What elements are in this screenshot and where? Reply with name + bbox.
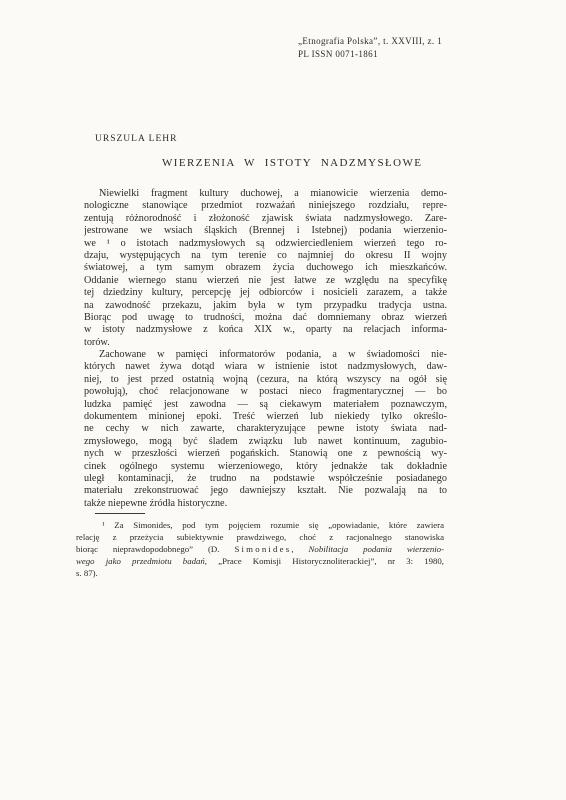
footnote: ¹ Za Simonides, pod tym pojęciem rozumie… [76,520,444,579]
footnote-line: s. 87). [76,568,444,580]
footnote-segment: s. 87). [76,568,98,578]
body-line: których nawet żywa dotąd wiara w istnien… [84,361,447,373]
body-line: Niewielki fragment kultury duchowej, a m… [84,188,447,200]
footnote-separator [95,513,145,514]
footnote-segment: relację z przeżycia subiektywnie prawdzi… [76,532,444,542]
footnote-segment: Simonides [234,544,291,554]
body-line: jestrowane we wsiach śląskich (Brennej i… [84,225,447,237]
body-line: uległ kontaminacji, że trudno na podstaw… [84,473,447,485]
journal-title-line: „Etnografia Polska”, t. XXVIII, z. 1 [298,35,442,48]
footnote-italic-segment: Nobilitacja podania wierzenio- [309,544,444,554]
scanned-journal-page: „Etnografia Polska”, t. XXVIII, z. 1 PL … [0,0,566,800]
footnote-line: relację z przeżycia subiektywnie prawdzi… [76,532,444,544]
article-body: Niewielki fragment kultury duchowej, a m… [84,188,447,510]
footnote-segment: , [291,544,308,554]
body-line: powołują), choć relacjonowane w postaci … [84,386,447,398]
issn-line: PL ISSN 0071-1861 [298,48,442,61]
body-line: dokumentem minionej epoki. Treść wierzeń… [84,411,447,423]
body-line: ne cechy w nich zawarte, charakteryzując… [84,423,447,435]
body-line: materiału zrekonstruować jego dawniejszy… [84,485,447,497]
body-line: dzaju, występujących na tym terenie co n… [84,250,447,262]
body-line: zentują różnorodność i złożoność zjawisk… [84,213,447,225]
body-line: we ¹ o istotach nadzmysłowych są odzwier… [84,238,447,250]
footnote-segment: , „Prace Komisji Historycznoliterackiej”… [205,556,444,566]
body-line: także niepewne źródła historyczne. [84,498,447,510]
body-line: ludzka pamięć jest zawodna — są ciekawym… [84,399,447,411]
body-line: cinek ogólnego systemu wierzeniowego, kt… [84,461,447,473]
footnote-line: ¹ Za Simonides, pod tym pojęciem rozumie… [76,520,444,532]
body-line: Biorąc pod uwagę to trudności, można dać… [84,312,447,324]
footnote-italic-segment: wego jako przedmiotu badań [76,556,205,566]
footnote-segment: biorąc nieprawdopodobnego” (D. [76,544,234,554]
journal-header: „Etnografia Polska”, t. XXVIII, z. 1 PL … [298,35,442,61]
body-line: Zachowane w pamięci informatorów podania… [84,349,447,361]
author-name: URSZULA LEHR [95,134,177,144]
footnote-segment: ¹ Za Simonides, pod tym pojęciem rozumie… [102,520,444,530]
body-line: zmysłowego, mogą być śladem związku lub … [84,436,447,448]
body-line: na zawodność przekazu, jakim była w tym … [84,300,447,312]
body-line: w istoty nadzmysłowe z końca XIX w., opa… [84,324,447,336]
body-line: światowej, a tym samym obrazem życia duc… [84,262,447,274]
footnote-line: wego jako przedmiotu badań, „Prace Komis… [76,556,444,568]
article-title: WIERZENIA W ISTOTY NADZMYSŁOWE [162,157,422,169]
body-line: niej, to jest przed ostatnią wojną (cezu… [84,374,447,386]
body-line: tej dziedziny kultury, percepcję jej odb… [84,287,447,299]
body-line: Oddanie wiernego stanu wierzeń nie jest … [84,275,447,287]
body-line: nologiczne stanowiące przedmiot rozważań… [84,200,447,212]
footnote-line: biorąc nieprawdopodobnego” (D. Simonides… [76,544,444,556]
body-line: torów. [84,337,447,349]
body-line: nych w przeszłości wierzeń pogańskich. S… [84,448,447,460]
